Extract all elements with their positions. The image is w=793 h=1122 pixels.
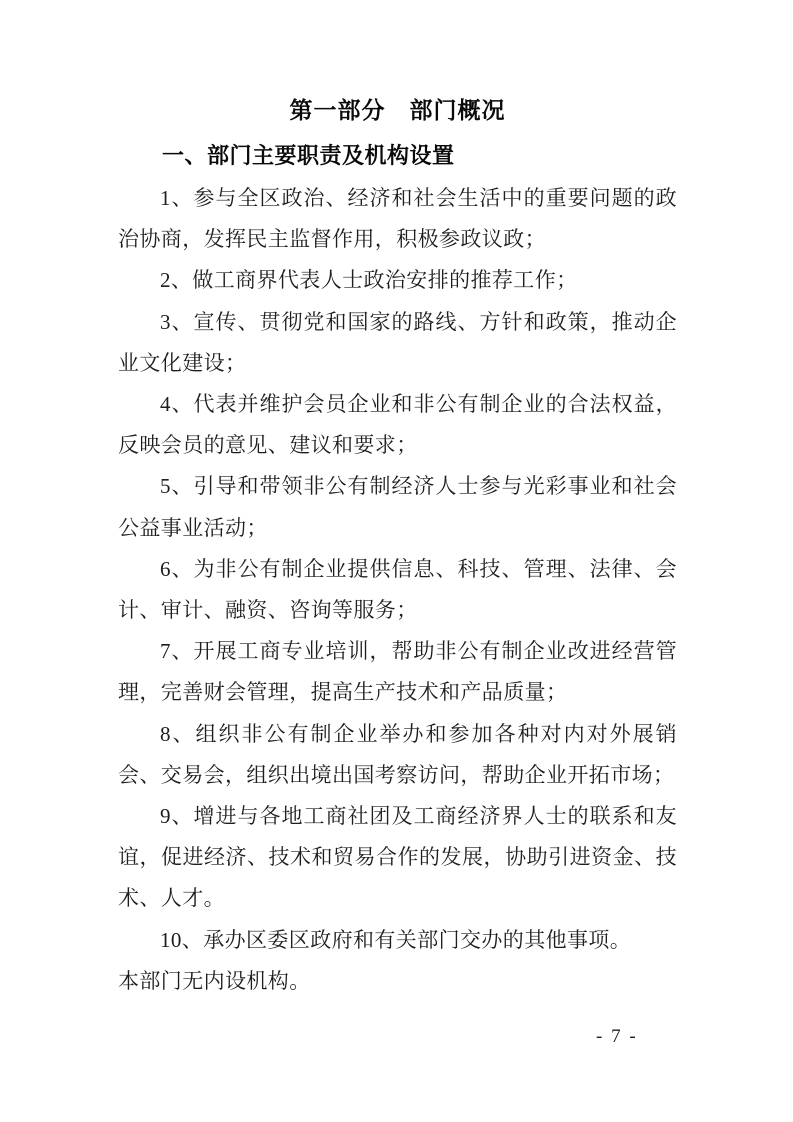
paragraph-duty-6: 6、为非公有制企业提供信息、科技、管理、法律、会计、审计、融资、咨询等服务； [118,549,677,631]
paragraph-duty-7: 7、开展工商专业培训，帮助非公有制企业改进经营管理，完善财会管理，提高生产技术和… [118,631,677,713]
paragraph-duty-1: 1、参与全区政治、经济和社会生活中的重要问题的政治协商，发挥民主监督作用，积极参… [118,178,677,260]
paragraph-duty-8: 8、组织非公有制企业举办和参加各种对内对外展销会、交易会，组织出境出国考察访问，… [118,714,677,796]
paragraph-duty-3: 3、宣传、贯彻党和国家的路线、方针和政策，推动企业文化建设； [118,302,677,384]
paragraph-duty-4: 4、代表并维护会员企业和非公有制企业的合法权益，反映会员的意见、建议和要求； [118,384,677,466]
document-page: 第一部分 部门概况 一、部门主要职责及机构设置 1、参与全区政治、经济和社会生活… [0,0,793,1122]
paragraph-duty-5: 5、引导和带领非公有制经济人士参与光彩事业和社会公益事业活动； [118,466,677,548]
document-body: 第一部分 部门概况 一、部门主要职责及机构设置 1、参与全区政治、经济和社会生活… [118,90,677,1002]
page-title: 第一部分 部门概况 [118,90,677,131]
paragraph-duty-10: 10、承办区委区政府和有关部门交办的其他事项。 [118,920,677,961]
paragraph-duty-2: 2、做工商界代表人士政治安排的推荐工作； [118,260,677,301]
paragraph-duty-9: 9、增进与各地工商社团及工商经济界人士的联系和友谊，促进经济、技术和贸易合作的发… [118,796,677,920]
section-heading: 一、部门主要职责及机构设置 [118,135,677,176]
paragraph-no-internal-org: 本部门无内设机构。 [118,961,677,1002]
page-number: - 7 - [596,1026,638,1048]
